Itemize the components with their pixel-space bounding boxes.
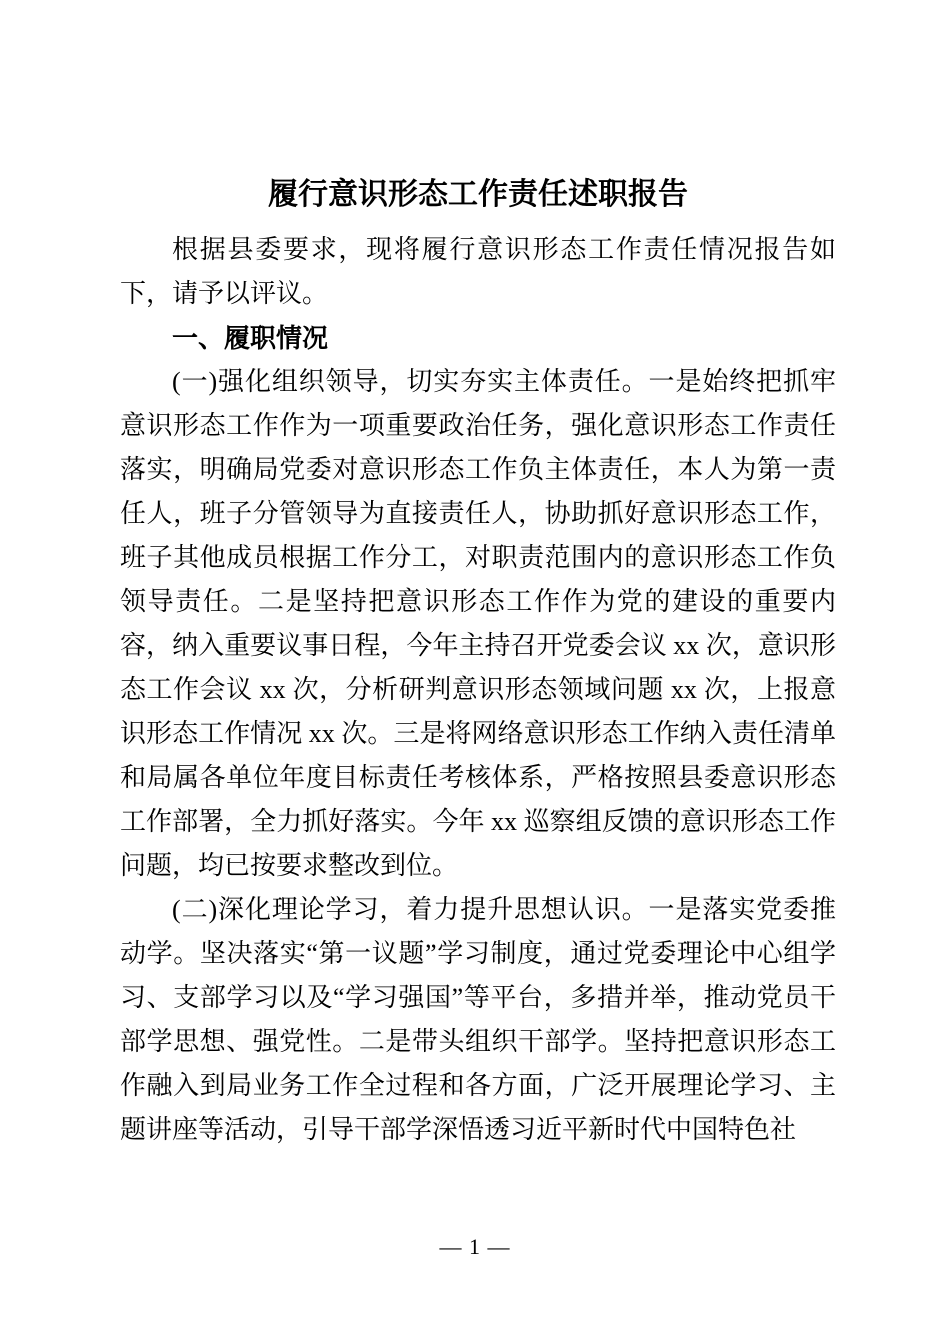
section-1-paragraph-2: (二)深化理论学习，着力提升思想认识。一是落实党委推动学。坚决落实“第一议题”学… bbox=[120, 888, 836, 1152]
document-content: 履行意识形态工作责任述职报告 根据县委要求，现将履行意识形态工作责任情况报告如下… bbox=[120, 173, 836, 1152]
document-page: 履行意识形态工作责任述职报告 根据县委要求，现将履行意识形态工作责任情况报告如下… bbox=[0, 0, 950, 1344]
document-title: 履行意识形态工作责任述职报告 bbox=[120, 173, 836, 217]
section-1-heading: 一、履职情况 bbox=[120, 316, 836, 360]
page-number: — 1 — bbox=[0, 1232, 950, 1262]
section-1-paragraph-1: (一)强化组织领导，切实夯实主体责任。一是始终把抓牢意识形态工作作为一项重要政治… bbox=[120, 360, 836, 888]
intro-paragraph: 根据县委要求，现将履行意识形态工作责任情况报告如下，请予以评议。 bbox=[120, 228, 836, 316]
